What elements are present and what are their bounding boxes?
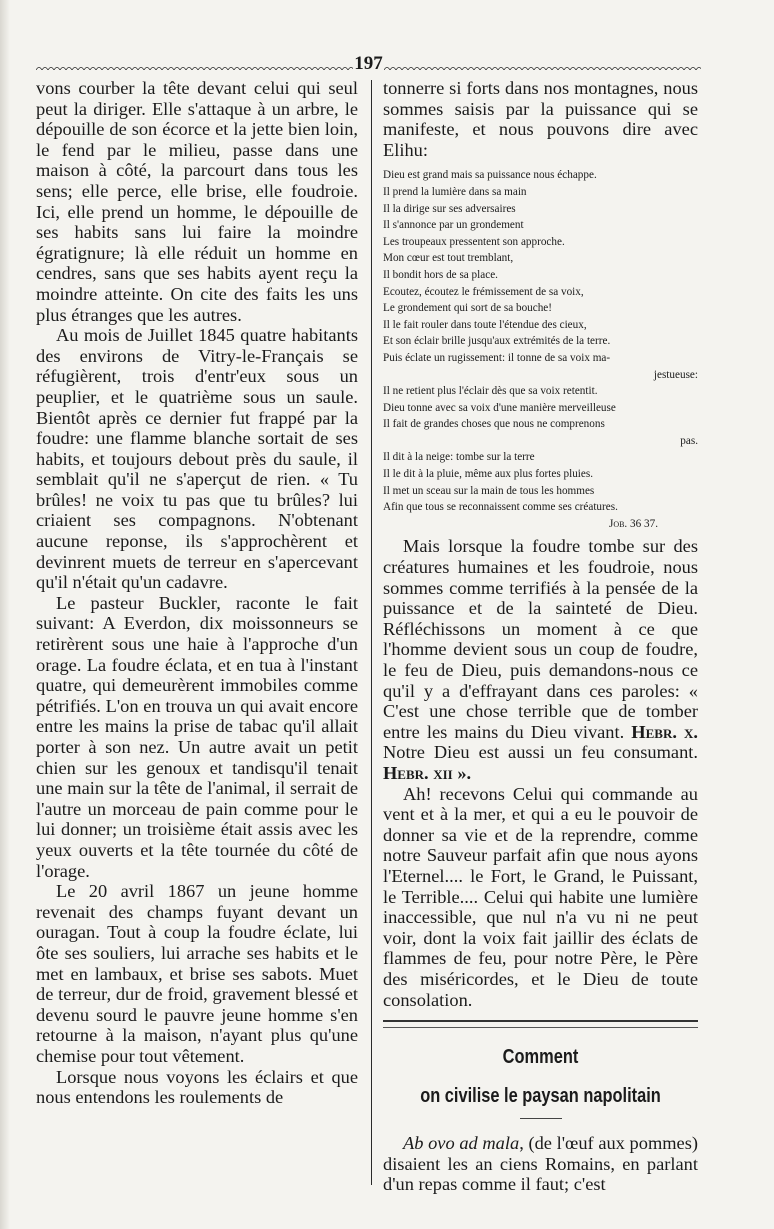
article-opening: Ab ovo ad mala, (de l'œuf aux pommes) di… bbox=[383, 1133, 698, 1195]
bible-reference: Hebr. x. bbox=[631, 722, 698, 742]
poem-line: Les troupeaux pressentent son approche. bbox=[383, 234, 698, 251]
paragraph: Le 20 avril 1867 un jeune homme revenait… bbox=[36, 881, 358, 1066]
poem-line: Il prend la lumière dans sa main bbox=[383, 184, 698, 201]
article-title-line-2: on civilise le paysan napolitain bbox=[411, 1082, 669, 1110]
article-title: Comment on civilise le paysan napolitain bbox=[383, 1044, 698, 1121]
column-divider bbox=[371, 80, 372, 1185]
article-title-line-1: Comment bbox=[411, 1044, 669, 1070]
paragraph-text: Notre Dieu est aussi un feu consumant. bbox=[383, 742, 698, 762]
latin-phrase: Ab ovo ad mala bbox=[403, 1133, 519, 1153]
section-separator bbox=[383, 1020, 698, 1028]
poem-line: Il le dit à la pluie, même aux plus fort… bbox=[383, 466, 698, 483]
poem-line: Il bondit hors de sa place. bbox=[383, 267, 698, 284]
right-column: tonnerre si forts dans nos montagnes, no… bbox=[383, 78, 698, 1195]
poem-line: Il met un sceau sur la main de tous les … bbox=[383, 483, 698, 500]
poem-line: Le grondement qui sort de sa bouche! bbox=[383, 300, 698, 317]
poem-line: Il la dirige sur ses adversaires bbox=[383, 201, 698, 218]
poem-line: Afin que tous se reconnaissent comme ses… bbox=[383, 499, 698, 516]
poem-line: Dieu est grand mais sa puissance nous éc… bbox=[383, 167, 698, 184]
paragraph-text: Mais lorsque la foudre tombe sur des cré… bbox=[383, 536, 698, 741]
poem-line: Il fait de grandes choses que nous ne co… bbox=[383, 416, 698, 433]
page-edge bbox=[0, 0, 10, 1229]
poem-line: Dieu tonne avec sa voix d'une manière me… bbox=[383, 400, 698, 417]
paragraph: vons courber la tête devant celui qui se… bbox=[36, 78, 358, 325]
title-ornament bbox=[520, 1118, 562, 1121]
poem-line: Il s'annonce par un grondement bbox=[383, 217, 698, 234]
poem-continuation: pas. bbox=[383, 433, 698, 450]
left-column: vons courber la tête devant celui qui se… bbox=[36, 78, 358, 1108]
poem-line: Il ne retient plus l'éclair dès que sa v… bbox=[383, 383, 698, 400]
poem-continuation: jestueuse: bbox=[383, 367, 698, 384]
paragraph: Au mois de Juillet 1845 quatre habitants… bbox=[36, 325, 358, 593]
poem-line: Ecoutez, écoutez le frémissement de sa v… bbox=[383, 284, 698, 301]
page-header: 197 bbox=[36, 54, 701, 74]
paragraph: Mais lorsque la foudre tombe sur des cré… bbox=[383, 536, 698, 783]
paragraph: Lorsque nous voyons les éclairs et que n… bbox=[36, 1067, 358, 1108]
page-number: 197 bbox=[353, 54, 384, 74]
paragraph: Ah! recevons Celui qui commande au vent … bbox=[383, 784, 698, 1011]
poem-source: Job. 36 37. bbox=[383, 516, 698, 533]
wavy-rule-left bbox=[36, 64, 353, 70]
wavy-rule-right bbox=[384, 64, 701, 70]
poem-line: Et son éclair brille jusqu'aux extrémité… bbox=[383, 333, 698, 350]
poem-line: Il dit à la neige: tombe sur la terre bbox=[383, 449, 698, 466]
poem-quote: Dieu est grand mais sa puissance nous éc… bbox=[383, 167, 698, 532]
poem-line: Mon cœur est tout tremblant, bbox=[383, 250, 698, 267]
intro-paragraph: tonnerre si forts dans nos montagnes, no… bbox=[383, 78, 698, 160]
poem-line: Il le fait rouler dans toute l'étendue d… bbox=[383, 317, 698, 334]
paragraph: Le pasteur Buckler, raconte le fait suiv… bbox=[36, 593, 358, 881]
bible-reference: Hebr. xii ». bbox=[383, 763, 471, 783]
poem-line: Puis éclate un rugissement: il tonne de … bbox=[383, 350, 698, 367]
